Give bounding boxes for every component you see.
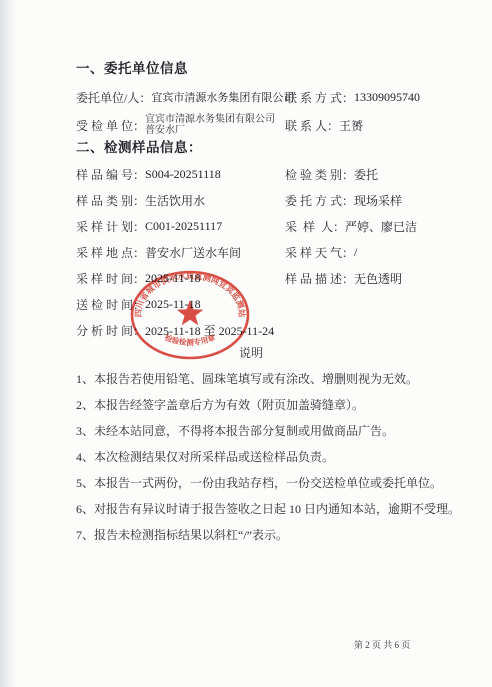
field-label: 委 托 方 式：: [285, 192, 354, 209]
field-label: 联 系 方 式：: [285, 89, 354, 106]
field-label: 样 品 描 述：: [285, 270, 354, 287]
field-value: /: [354, 245, 357, 260]
field-value: 委托: [354, 166, 378, 183]
note-item: 5、本报告一式两份，一份由我站存档，一份交送检单位或委托单位。: [76, 470, 470, 496]
field-label: 联 系 人：: [285, 117, 339, 134]
field-value: 普安水厂送水车间: [145, 244, 241, 261]
note-item: 2、本报告经签字盖章后方为有效（附页加盖骑缝章）。: [76, 392, 470, 418]
field-label: 采 样 计 划：: [76, 218, 145, 235]
field-label: 委托单位/人：: [76, 89, 151, 106]
note-item: 4、本次检测结果仅对所采样品或送检样品负责。: [76, 444, 470, 470]
official-stamp: 四川省城市供水水质监测网宜宾监测站 检验检测专用章: [127, 268, 253, 364]
field-value: C001-20251117: [145, 219, 222, 234]
field-value: 现场采样: [354, 192, 402, 209]
note-item: 7、报告未检测指标结果以斜杠“/”表示。: [76, 522, 470, 548]
field-value-line: 普安水厂: [145, 125, 275, 137]
field-value: S004-20251118: [145, 167, 221, 182]
entrust-info-block: 委托单位/人：宜宾市清源水务集团有限公司 联 系 方 式：13309095740…: [76, 84, 470, 140]
section-title-sample: 二、检测样品信息：: [76, 136, 202, 156]
info-row: 采 样 地 点：普安水厂送水车间 采 样 天 气：/: [76, 239, 470, 265]
notes-list: 1、本报告若使用铅笔、圆珠笔填写或有涂改、增删则视为无效。 2、本报告经签字盖章…: [76, 366, 470, 548]
star-icon: [177, 300, 204, 325]
field-label: 采 样 人：: [285, 218, 345, 235]
field-label: 样 品 类 别：: [76, 192, 145, 209]
field-value-line: 宜宾市清源水务集团有限公司: [145, 114, 275, 126]
field-value: 无色透明: [354, 270, 402, 287]
field-value: 王赟: [339, 117, 363, 134]
info-row: 样 品 类 别：生活饮用水 委 托 方 式：现场采样: [76, 187, 470, 213]
field-value: 宜宾市清源水务集团有限公司 普安水厂: [145, 114, 275, 137]
field-value: 宜宾市清源水务集团有限公司: [151, 89, 294, 105]
field-label: 检 验 类 别：: [285, 166, 354, 183]
field-label: 受 检 单 位：: [76, 117, 145, 134]
info-row: 样 品 编 号：S004-20251118 检 验 类 别：委托: [76, 161, 470, 187]
note-item: 6、对报告有异议时请于报告签收之日起 10 日内通知本站，逾期不受理。: [76, 496, 470, 522]
field-label: 采 样 天 气：: [285, 244, 354, 261]
field-value: 13309095740: [354, 90, 420, 105]
info-row: 委托单位/人：宜宾市清源水务集团有限公司 联 系 方 式：13309095740: [76, 84, 470, 110]
field-label: 采 样 地 点：: [76, 244, 145, 261]
field-label: 样 品 编 号：: [76, 166, 145, 183]
scanned-report-page: 一、委托单位信息 委托单位/人：宜宾市清源水务集团有限公司 联 系 方 式：13…: [0, 0, 492, 687]
note-item: 1、本报告若使用铅笔、圆珠笔填写或有涂改、增删则视为无效。: [76, 366, 470, 392]
info-row: 采 样 计 划：C001-20251117 采 样 人：严婷、廖已洁: [76, 213, 470, 239]
page-footer: 第 2 页 共 6 页: [354, 638, 410, 651]
field-value: 严婷、廖已洁: [345, 218, 417, 235]
field-value: 生活饮用水: [145, 192, 205, 209]
note-item: 3、未经本站同意，不得将本报告部分复制或用做商品广告。: [76, 418, 470, 444]
stamp-bottom-text: 检验检测专用章: [163, 332, 217, 347]
svg-text:检验检测专用章: 检验检测专用章: [163, 332, 217, 347]
section-title-entrust: 一、委托单位信息: [76, 57, 188, 77]
